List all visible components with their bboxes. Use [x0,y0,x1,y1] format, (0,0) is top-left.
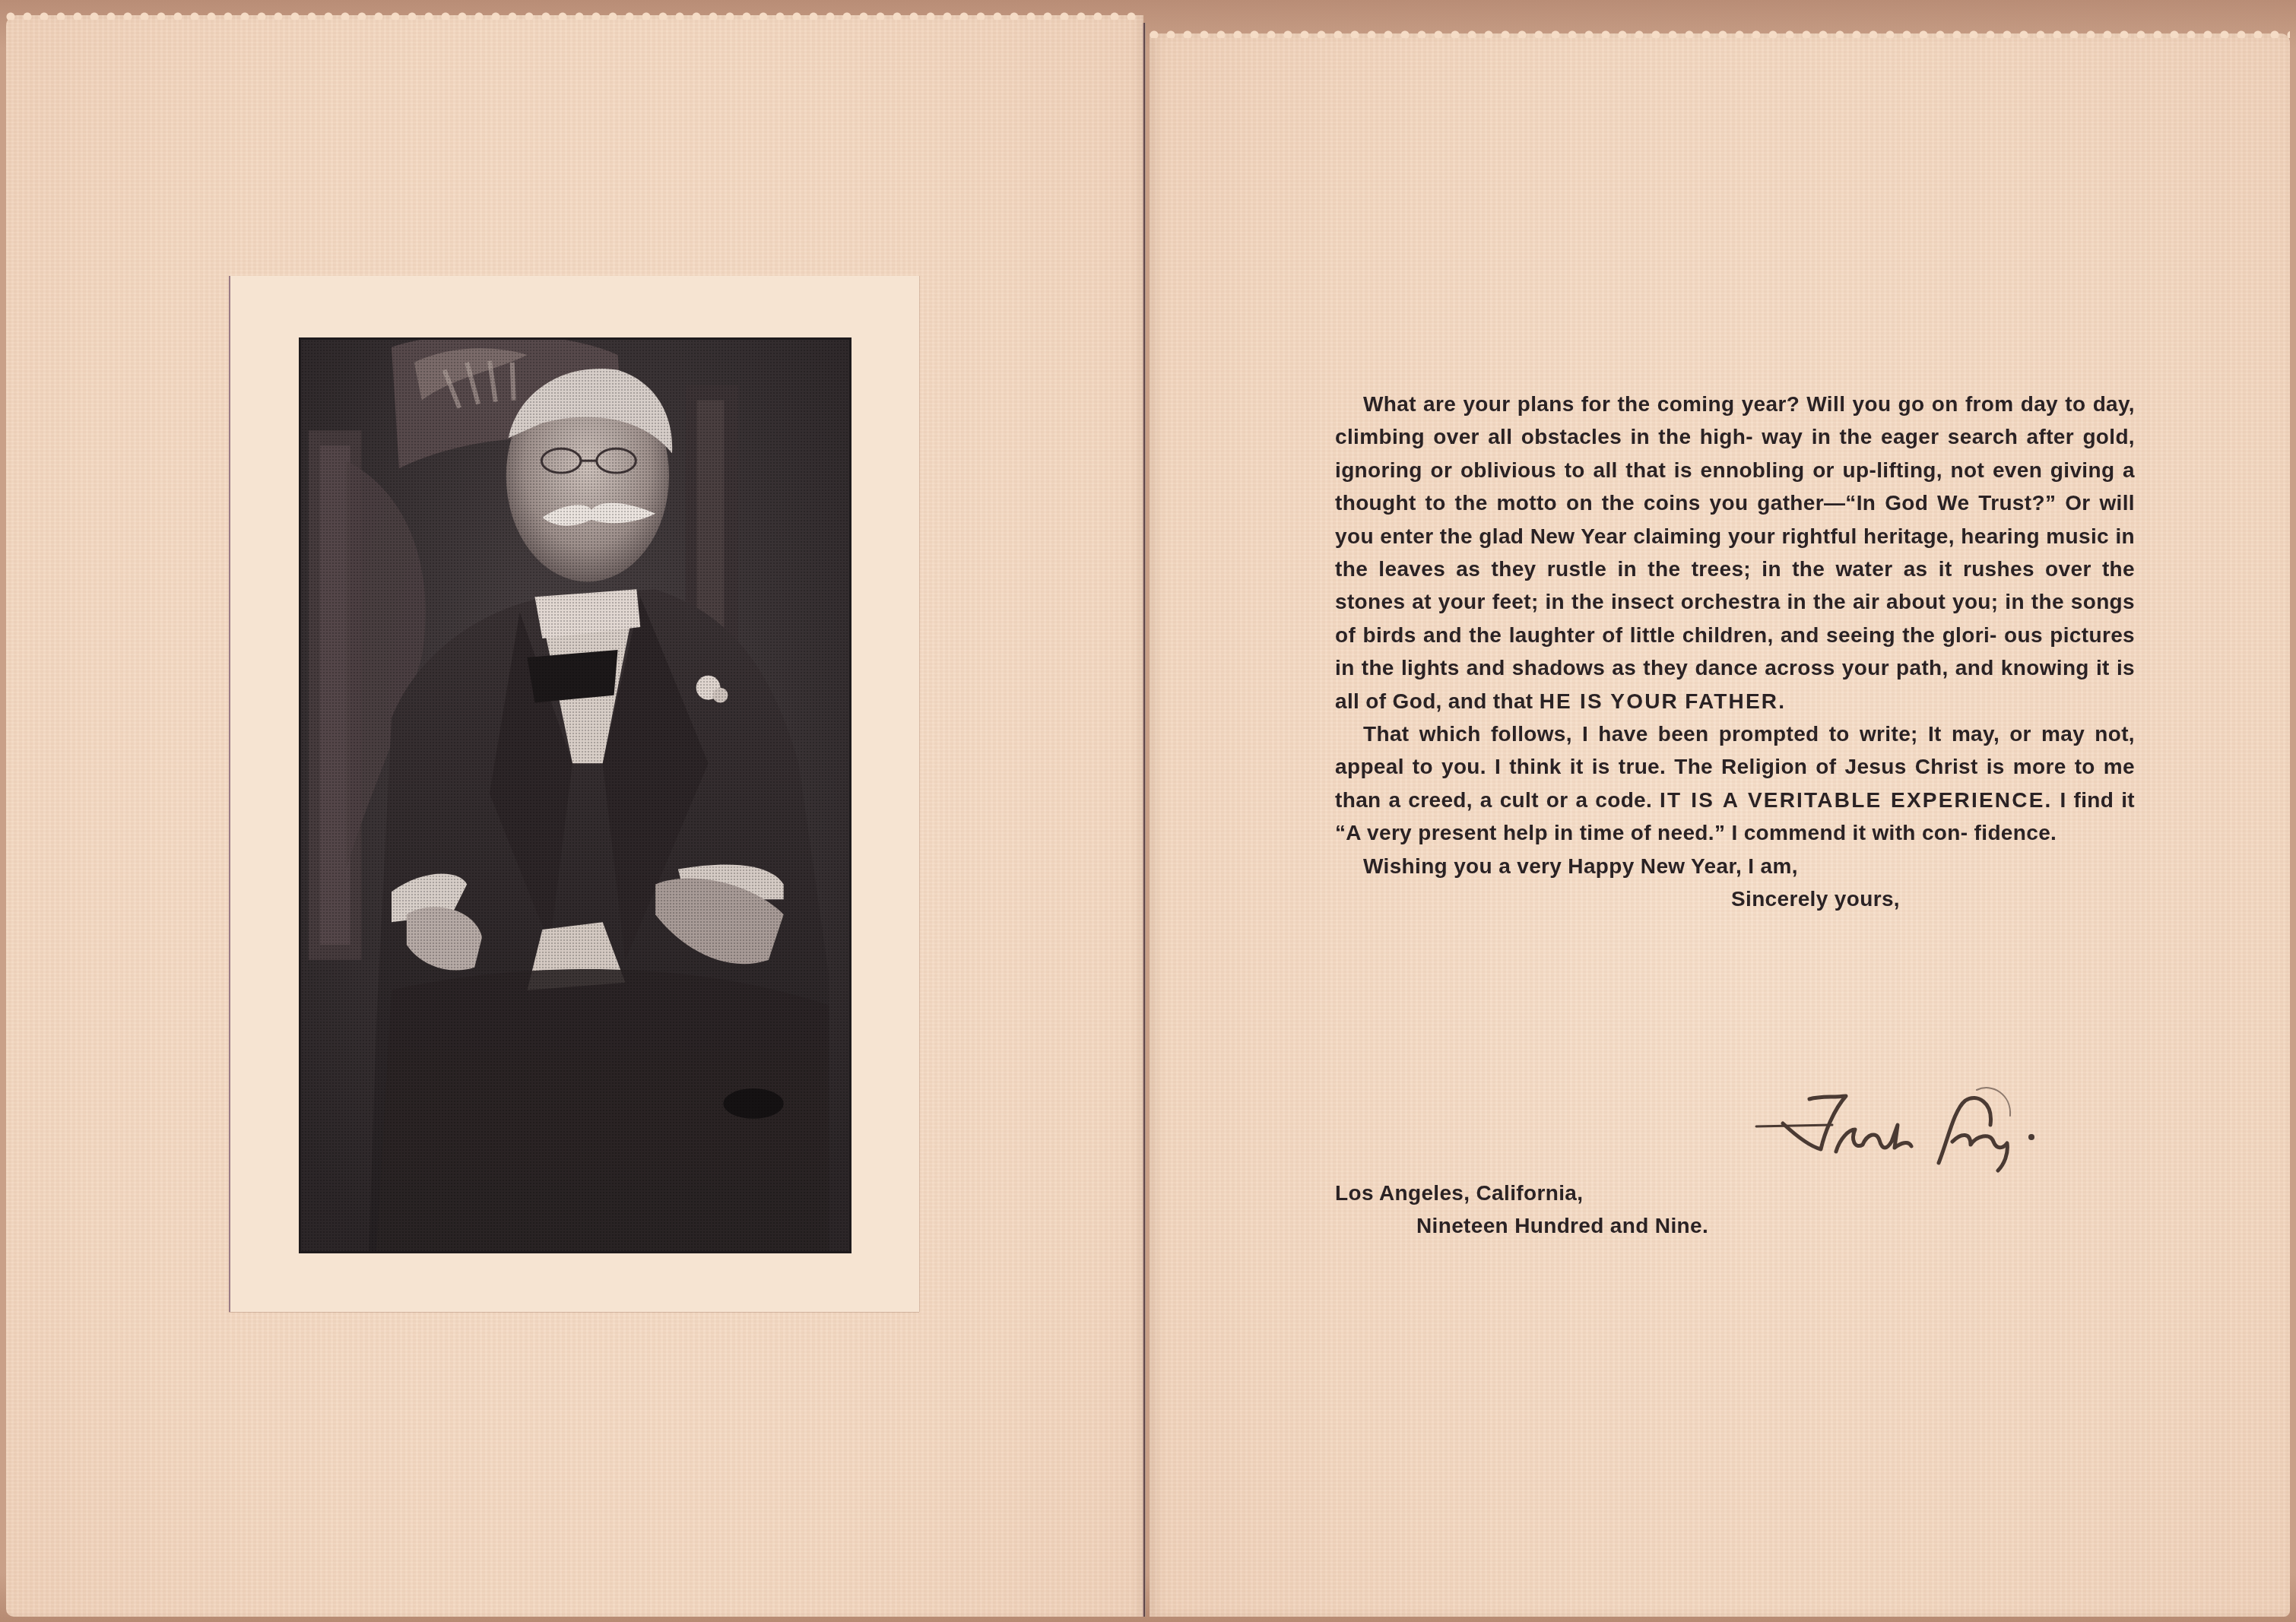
place-line: Los Angeles, California, [1335,1177,1708,1209]
closing-wish: Wishing you a very Happy New Year, I am, [1335,850,2135,882]
deckle-edge [6,11,1143,20]
emphasis-text: IT IS A VERITABLE EXPERIENCE. [1660,788,2052,812]
place-and-date: Los Angeles, California, Nineteen Hundre… [1335,1177,1708,1243]
center-fold [1143,23,1146,1617]
emphasis-text: HE IS YOUR [1540,689,1679,713]
handwritten-signature: Frank Shaw. [1749,1079,2144,1178]
text-line: very present help in time of need.” I co… [1367,821,1968,844]
portrait-photograph [299,337,851,1253]
paragraph-1: What are your plans for the coming year?… [1335,388,2135,718]
text-line: fidence. [1974,821,2057,844]
emphasis-text: FATHER. [1685,689,1786,713]
paragraph-2: That which follows, I have been prompted… [1335,718,2135,850]
text-line: What are your plans for the coming year?… [1363,392,1924,416]
text-line: That which follows, I have been prompted… [1363,722,1942,746]
deckle-edge [1150,29,2290,38]
text-line: a code. [1575,788,1660,812]
portrait-image [301,340,849,1251]
letter-body: What are your plans for the coming year?… [1335,388,2135,916]
date-line: Nineteen Hundred and Nine. [1335,1209,1708,1242]
text-line: to the motto on the coins you gather—“In… [1425,491,2057,515]
text-line: birds and the laughter of little childre… [1363,623,1997,647]
valediction: Sincerely yours, [1335,882,2135,915]
